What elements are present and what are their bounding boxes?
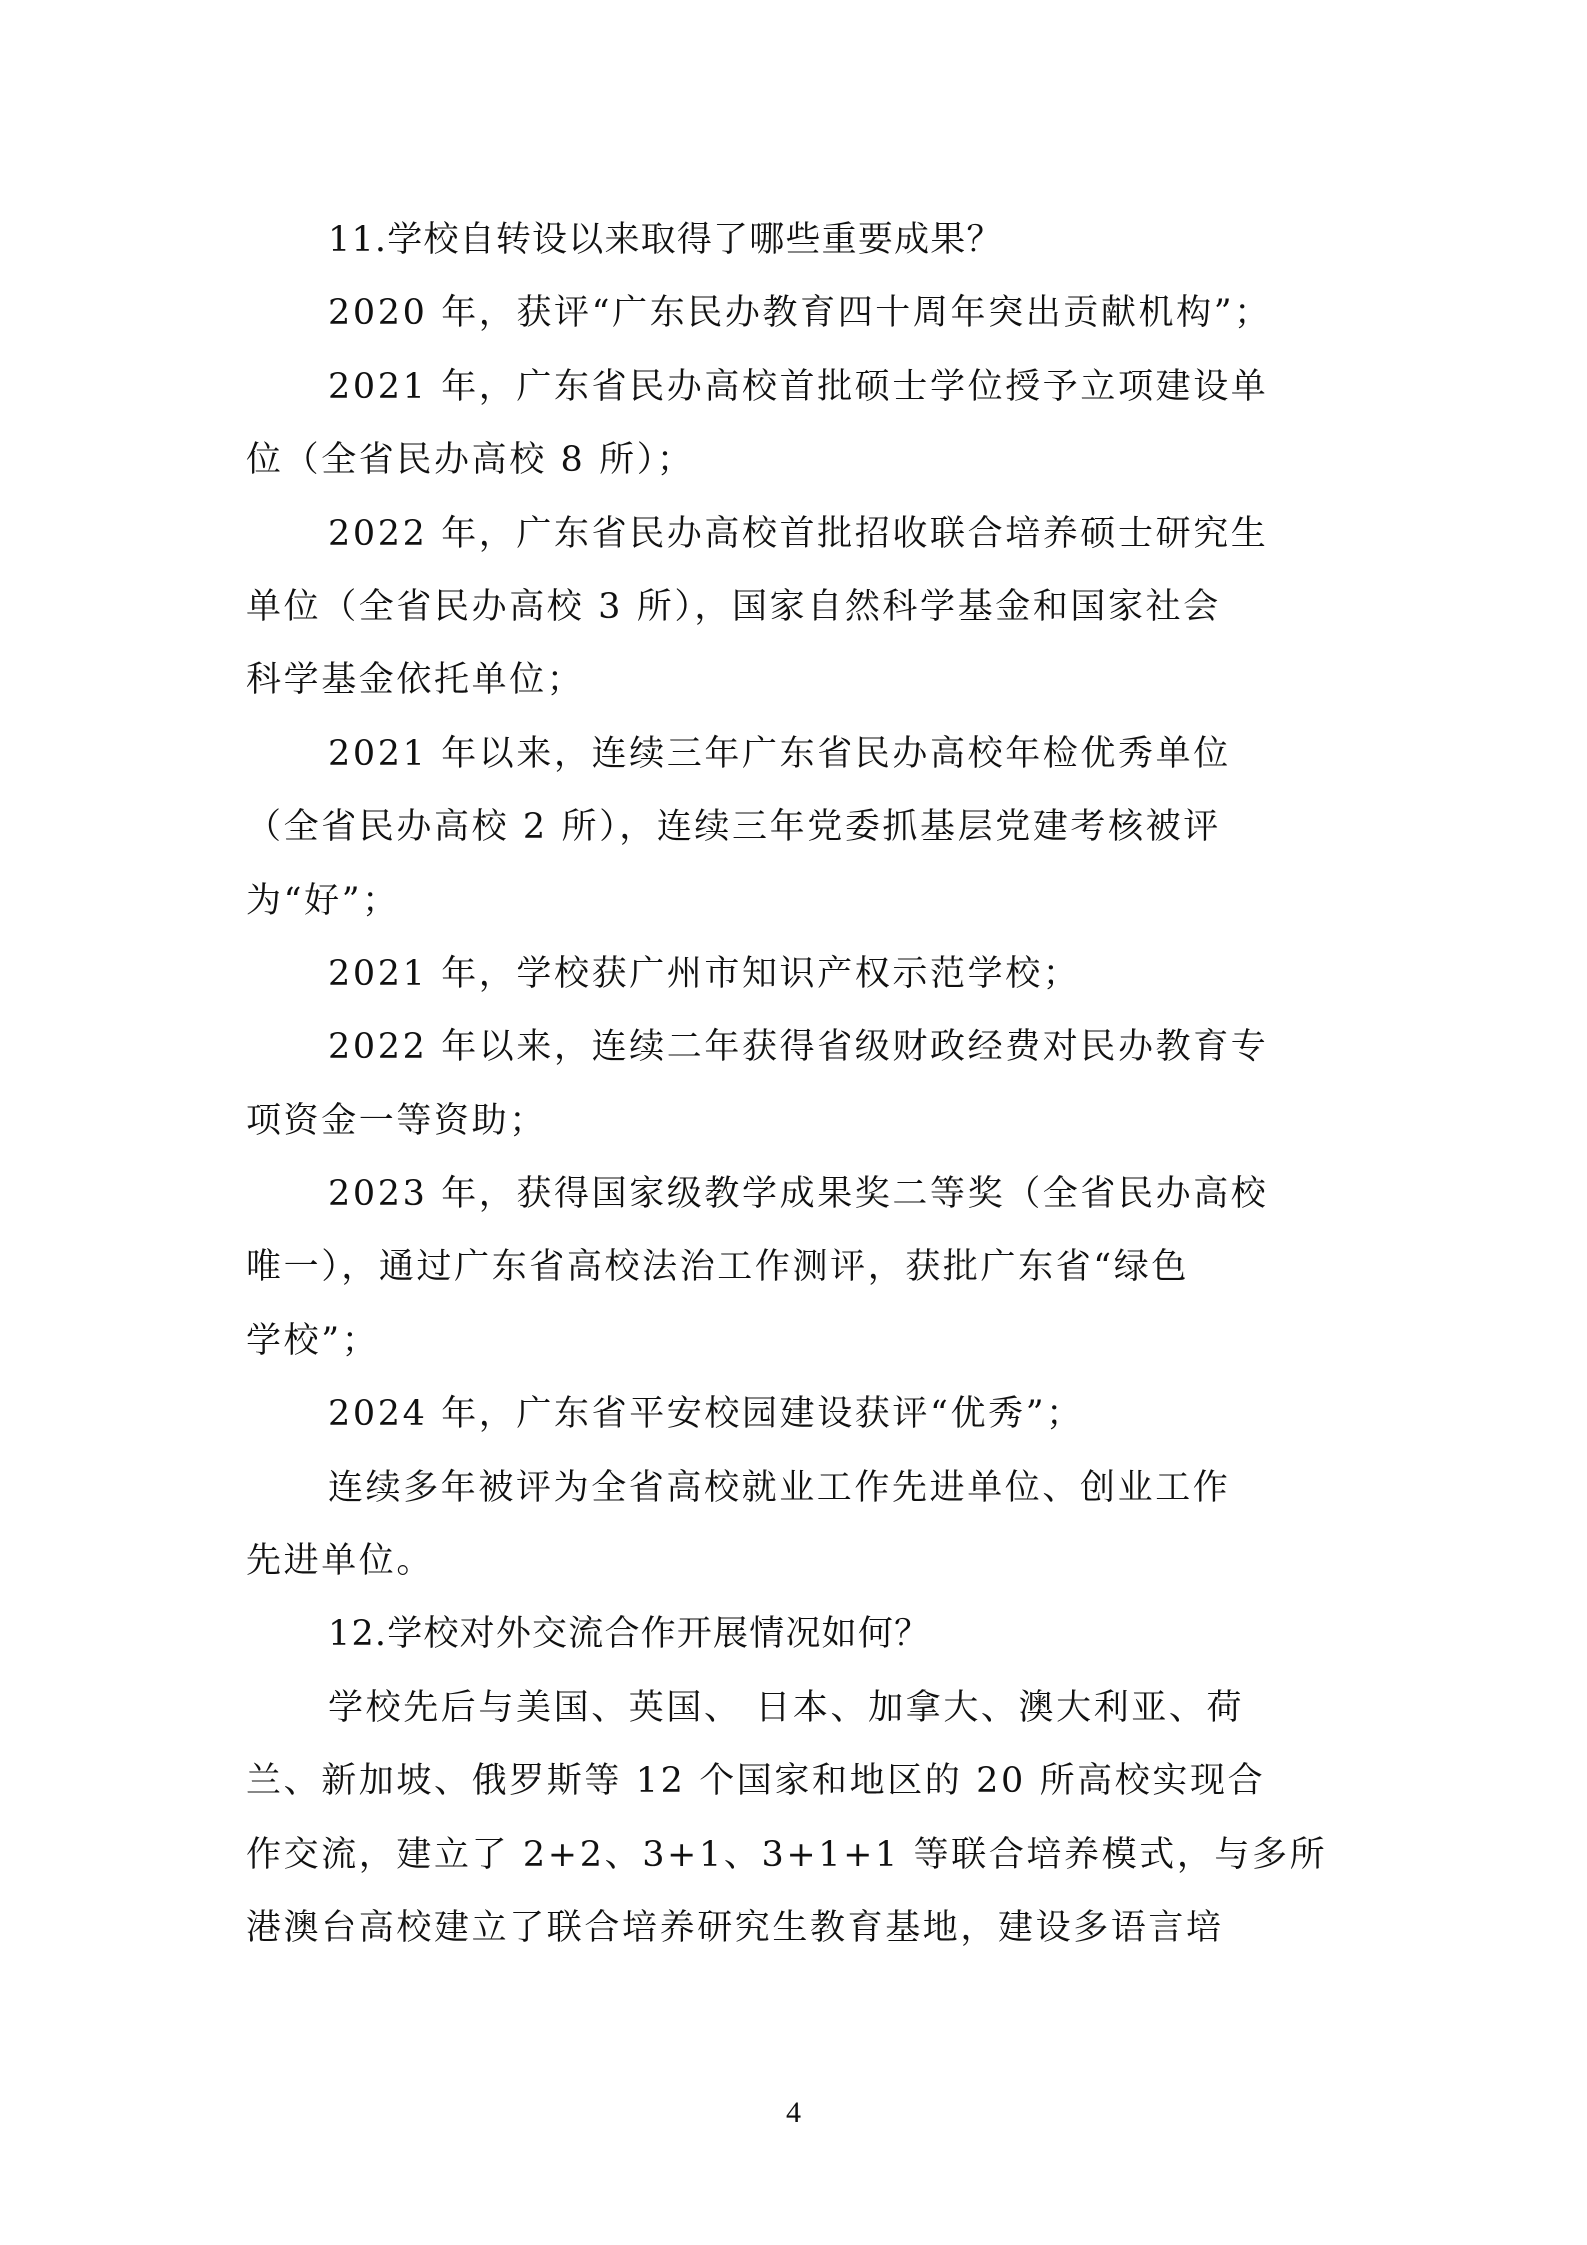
paragraph-2020: 2020 年，获评“广东民办教育四十周年突出贡献机构”； bbox=[246, 287, 1346, 360]
text-line: 唯一），通过广东省高校法治工作测评，获批广东省“绿色 bbox=[246, 1241, 1346, 1314]
text-line: 2021 年，广东省民办高校首批硕士学位授予立项建设单 bbox=[246, 361, 1346, 434]
text-line: 为“好”； bbox=[246, 875, 1346, 948]
paragraph-international: 学校先后与美国、英国、 日本、加拿大、澳大利亚、荷 兰、新加坡、俄罗斯等 12 … bbox=[246, 1682, 1346, 1976]
text-line: 作交流，建立了 2+2、3+1、3+1+1 等联合培养模式，与多所 bbox=[246, 1829, 1346, 1902]
text-line: 先进单位。 bbox=[246, 1535, 1346, 1608]
text-line: 2022 年，广东省民办高校首批招收联合培养硕士研究生 bbox=[246, 508, 1346, 581]
paragraph-2021-inspection: 2021 年以来，连续三年广东省民办高校年检优秀单位 （全省民办高校 2 所），… bbox=[246, 728, 1346, 948]
text-line: 2023 年，获得国家级教学成果奖二等奖（全省民办高校 bbox=[246, 1168, 1346, 1241]
paragraph-2022-graduate: 2022 年，广东省民办高校首批招收联合培养硕士研究生 单位（全省民办高校 3 … bbox=[246, 508, 1346, 728]
text-line: 位（全省民办高校 8 所）； bbox=[246, 434, 1346, 507]
paragraph-2022-funding: 2022 年以来，连续二年获得省级财政经费对民办教育专 项资金一等资助； bbox=[246, 1021, 1346, 1168]
text-line: 科学基金依托单位； bbox=[246, 654, 1346, 727]
text-line: 2022 年以来，连续二年获得省级财政经费对民办教育专 bbox=[246, 1021, 1346, 1094]
page-number: 4 bbox=[0, 2096, 1587, 2130]
text-line: 学校”； bbox=[246, 1315, 1346, 1388]
text-line: （全省民办高校 2 所），连续三年党委抓基层党建考核被评 bbox=[246, 801, 1346, 874]
section-heading-11: 11.学校自转设以来取得了哪些重要成果？ bbox=[246, 214, 1346, 287]
section-heading-12: 12.学校对外交流合作开展情况如何？ bbox=[246, 1608, 1346, 1681]
text-line: 2020 年，获评“广东民办教育四十周年突出贡献机构”； bbox=[246, 287, 1346, 360]
paragraph-2024-safety: 2024 年，广东省平安校园建设获评“优秀”； bbox=[246, 1388, 1346, 1461]
text-line: 2024 年，广东省平安校园建设获评“优秀”； bbox=[246, 1388, 1346, 1461]
paragraph-2023-award: 2023 年，获得国家级教学成果奖二等奖（全省民办高校 唯一），通过广东省高校法… bbox=[246, 1168, 1346, 1388]
text-line: 2021 年，学校获广州市知识产权示范学校； bbox=[246, 948, 1346, 1021]
paragraph-employment: 连续多年被评为全省高校就业工作先进单位、创业工作 先进单位。 bbox=[246, 1462, 1346, 1609]
document-body: 11.学校自转设以来取得了哪些重要成果？ 2020 年，获评“广东民办教育四十周… bbox=[246, 214, 1346, 1975]
text-line: 单位（全省民办高校 3 所），国家自然科学基金和国家社会 bbox=[246, 581, 1346, 654]
text-line: 2021 年以来，连续三年广东省民办高校年检优秀单位 bbox=[246, 728, 1346, 801]
text-line: 项资金一等资助； bbox=[246, 1095, 1346, 1168]
paragraph-2021-ip: 2021 年，学校获广州市知识产权示范学校； bbox=[246, 948, 1346, 1021]
text-line: 兰、新加坡、俄罗斯等 12 个国家和地区的 20 所高校实现合 bbox=[246, 1755, 1346, 1828]
paragraph-2021-degree: 2021 年，广东省民办高校首批硕士学位授予立项建设单 位（全省民办高校 8 所… bbox=[246, 361, 1346, 508]
text-line: 连续多年被评为全省高校就业工作先进单位、创业工作 bbox=[246, 1462, 1346, 1535]
text-line: 港澳台高校建立了联合培养研究生教育基地，建设多语言培 bbox=[246, 1902, 1346, 1975]
text-line: 学校先后与美国、英国、 日本、加拿大、澳大利亚、荷 bbox=[246, 1682, 1346, 1755]
document-page: 11.学校自转设以来取得了哪些重要成果？ 2020 年，获评“广东民办教育四十周… bbox=[0, 0, 1587, 2245]
